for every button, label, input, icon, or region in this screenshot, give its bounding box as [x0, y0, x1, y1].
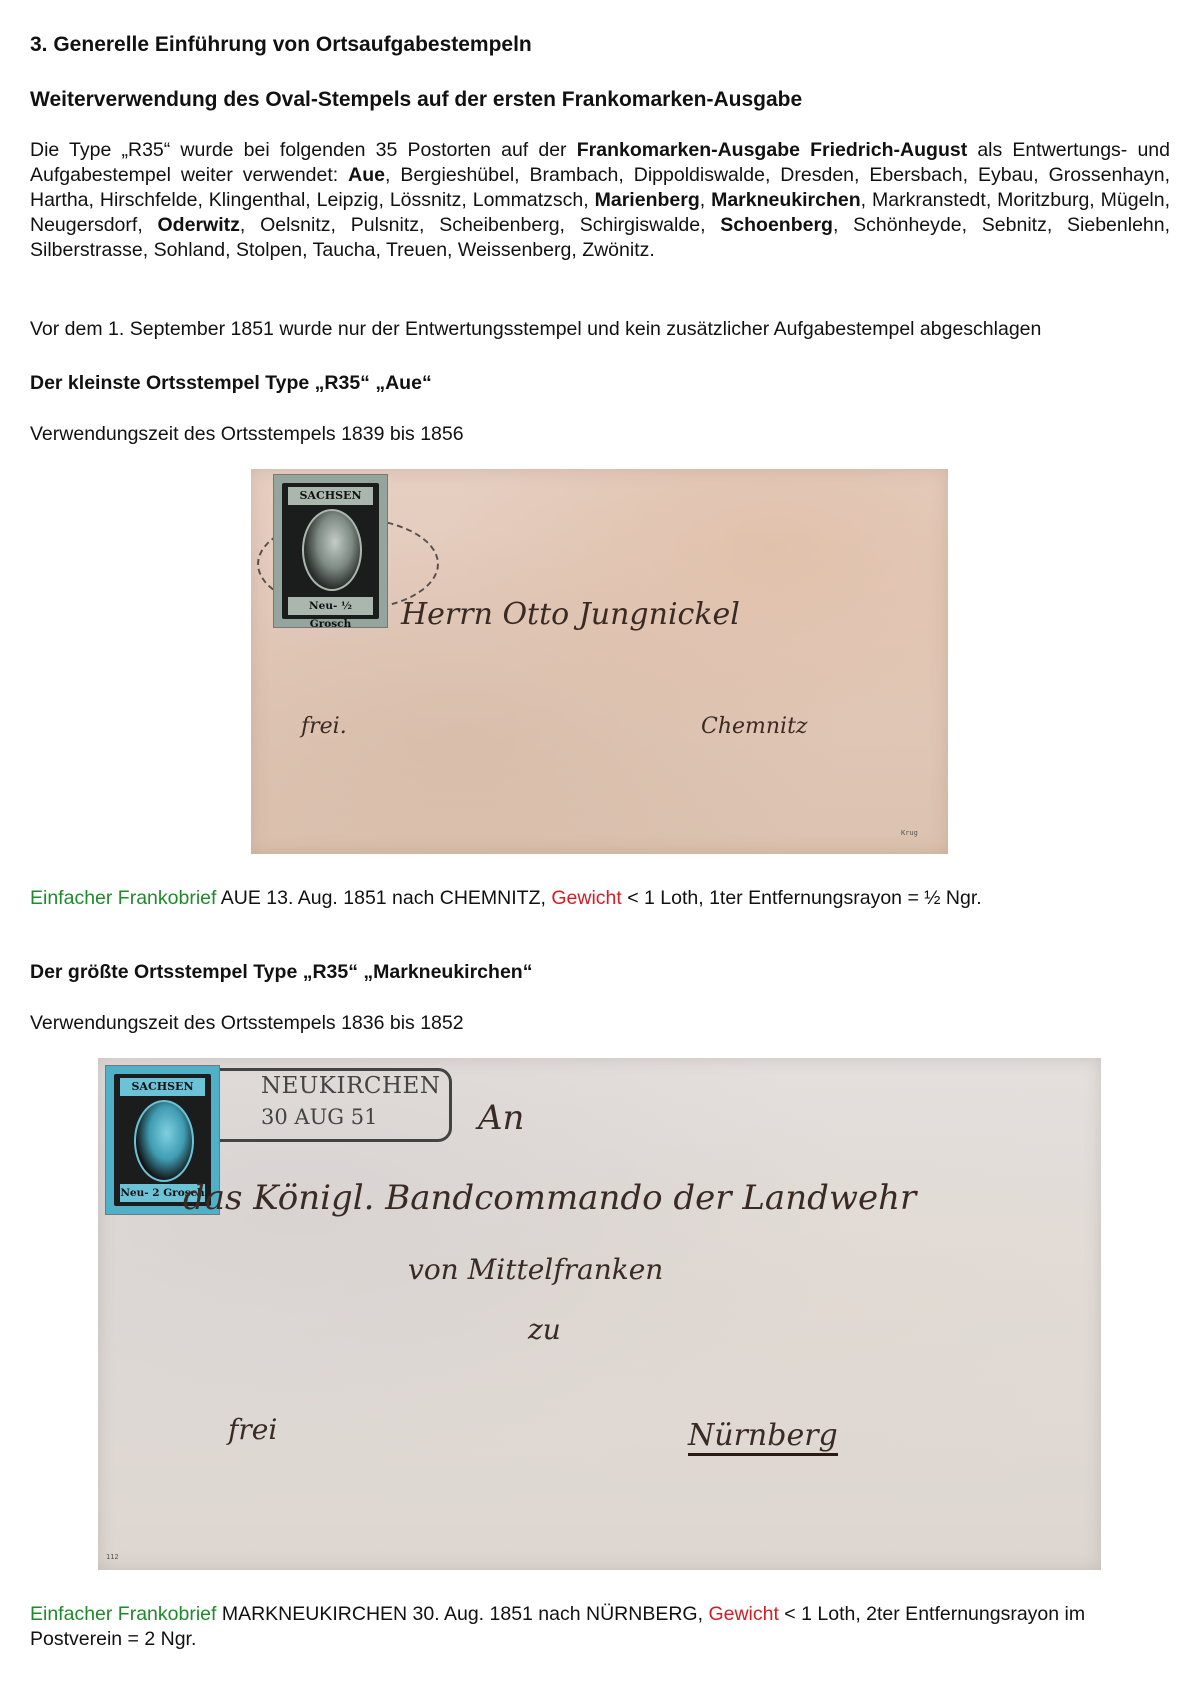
handwritten-address-line3: zu: [528, 1313, 561, 1346]
place-name: Oelsnitz: [260, 214, 330, 236]
cover1-heading: Der kleinste Ortsstempel Type „R35“ „Aue…: [30, 372, 432, 395]
cancel-date: 30 AUG 51: [261, 1105, 377, 1129]
handwritten-city: Chemnitz: [701, 714, 808, 739]
subtitle: Weiterverwendung des Oval-Stempels auf d…: [30, 88, 802, 112]
intro-paragraph: Die Type „R35“ wurde bei folgenden 35 Po…: [30, 138, 1170, 263]
cover1-envelope-image: SACHSEN Neu- ½ Grosch Herrn Otto Jungnic…: [251, 469, 948, 854]
place-name: Dresden: [780, 164, 854, 186]
handwritten-city: Nürnberg: [688, 1418, 838, 1456]
place-name: Klingenthal: [209, 189, 306, 211]
handwritten-address: Herrn Otto Jungnickel: [401, 597, 740, 632]
caption-weight-label: Gewicht: [708, 1603, 778, 1625]
signature-mark: Krug: [901, 829, 918, 837]
place-name: Stolpen: [236, 239, 302, 261]
place-name: Treuen: [386, 239, 447, 261]
place-name: Marienberg: [595, 189, 700, 211]
place-name: Aue: [348, 164, 385, 186]
stamp-label-bottom: Neu- ½ Grosch: [288, 597, 373, 615]
intro-text-1: Die Type „R35“ wurde bei folgenden 35 Po…: [30, 139, 577, 161]
caption-rate: < 1 Loth, 1ter Entfernungsrayon = ½ Ngr.: [622, 887, 982, 909]
cover1-usage: Verwendungszeit des Ortsstempels 1839 bi…: [30, 423, 464, 446]
place-name: Bergieshübel: [400, 164, 514, 186]
place-name: Oderwitz: [158, 214, 240, 236]
handwritten-salutation: An: [478, 1098, 524, 1138]
cover2-usage: Verwendungszeit des Ortsstempels 1836 bi…: [30, 1012, 464, 1035]
section-title: 3. Generelle Einführung von Ortsaufgabes…: [30, 33, 532, 57]
place-name: Lommatzsch: [473, 189, 584, 211]
place-name: Hartha: [30, 189, 89, 211]
place-name: Schönheyde: [853, 214, 961, 236]
portrait-icon: [134, 1100, 194, 1182]
place-name: Scheibenberg: [439, 214, 559, 236]
cover1-caption: Einfacher Frankobrief AUE 13. Aug. 1851 …: [30, 886, 1170, 911]
place-name: Hirschfelde: [100, 189, 198, 211]
place-name: Weissenberg: [458, 239, 571, 261]
place-name: Silberstrasse: [30, 239, 143, 261]
place-name: Pulsnitz: [351, 214, 419, 236]
place-name: Siebenlehn: [1067, 214, 1165, 236]
place-name: Ebersbach: [869, 164, 962, 186]
handwritten-address-line1: das Königl. Bandcommando der Landwehr: [183, 1178, 916, 1218]
cover2-caption: Einfacher Frankobrief MARKNEUKIRCHEN 30.…: [30, 1602, 1170, 1652]
handwritten-address-line2: von Mittelfranken: [408, 1253, 663, 1286]
place-name: Neugersdorf: [30, 214, 137, 236]
cover2-heading: Der größte Ortsstempel Type „R35“ „Markn…: [30, 961, 532, 984]
place-name: Dippoldiswalde: [634, 164, 765, 186]
place-name: Markneukirchen: [711, 189, 861, 211]
cover2-envelope-image: NEUKIRCHEN 30 AUG 51 SACHSEN Neu- 2 Gros…: [98, 1058, 1101, 1570]
place-name: Schirgiswalde: [580, 214, 700, 236]
place-name: Moritzburg: [997, 189, 1089, 211]
place-name: Brambach: [530, 164, 619, 186]
place-name: Markranstedt: [872, 189, 986, 211]
portrait-icon: [302, 509, 362, 591]
caption-route: MARKNEUKIRCHEN 30. Aug. 1851 nach NÜRNBE…: [216, 1603, 708, 1625]
place-name: Sohland: [154, 239, 226, 261]
caption-weight-label: Gewicht: [551, 887, 621, 909]
box-cancel-mark: NEUKIRCHEN 30 AUG 51: [188, 1068, 452, 1142]
stamp-label-top: SACHSEN: [288, 487, 373, 505]
cancel-place: NEUKIRCHEN: [261, 1073, 440, 1099]
postage-stamp-half-ngr: SACHSEN Neu- ½ Grosch: [273, 474, 388, 628]
signature-mark: 112: [106, 1553, 119, 1561]
place-name: Zwönitz: [582, 239, 649, 261]
place-name: Leipzig: [317, 189, 379, 211]
handwritten-frei: frei: [228, 1413, 277, 1446]
place-name: Grossenhayn: [1049, 164, 1165, 186]
place-name: Taucha: [313, 239, 376, 261]
caption-letter-type: Einfacher Frankobrief: [30, 887, 216, 909]
caption-letter-type: Einfacher Frankobrief: [30, 1603, 216, 1625]
intro-bold-issue: Frankomarken-Ausgabe Friedrich-August: [577, 139, 967, 161]
place-name: Schoenberg: [720, 214, 833, 236]
caption-route: AUE 13. Aug. 1851 nach CHEMNITZ,: [216, 887, 551, 909]
place-name: Lössnitz: [390, 189, 462, 211]
stamp-label-top: SACHSEN: [120, 1078, 205, 1096]
handwritten-frei: frei.: [301, 714, 347, 739]
place-name: Eybau: [978, 164, 1033, 186]
place-name: Mügeln: [1101, 189, 1165, 211]
note-text: Vor dem 1. September 1851 wurde nur der …: [30, 318, 1041, 341]
place-name: Sebnitz: [982, 214, 1047, 236]
